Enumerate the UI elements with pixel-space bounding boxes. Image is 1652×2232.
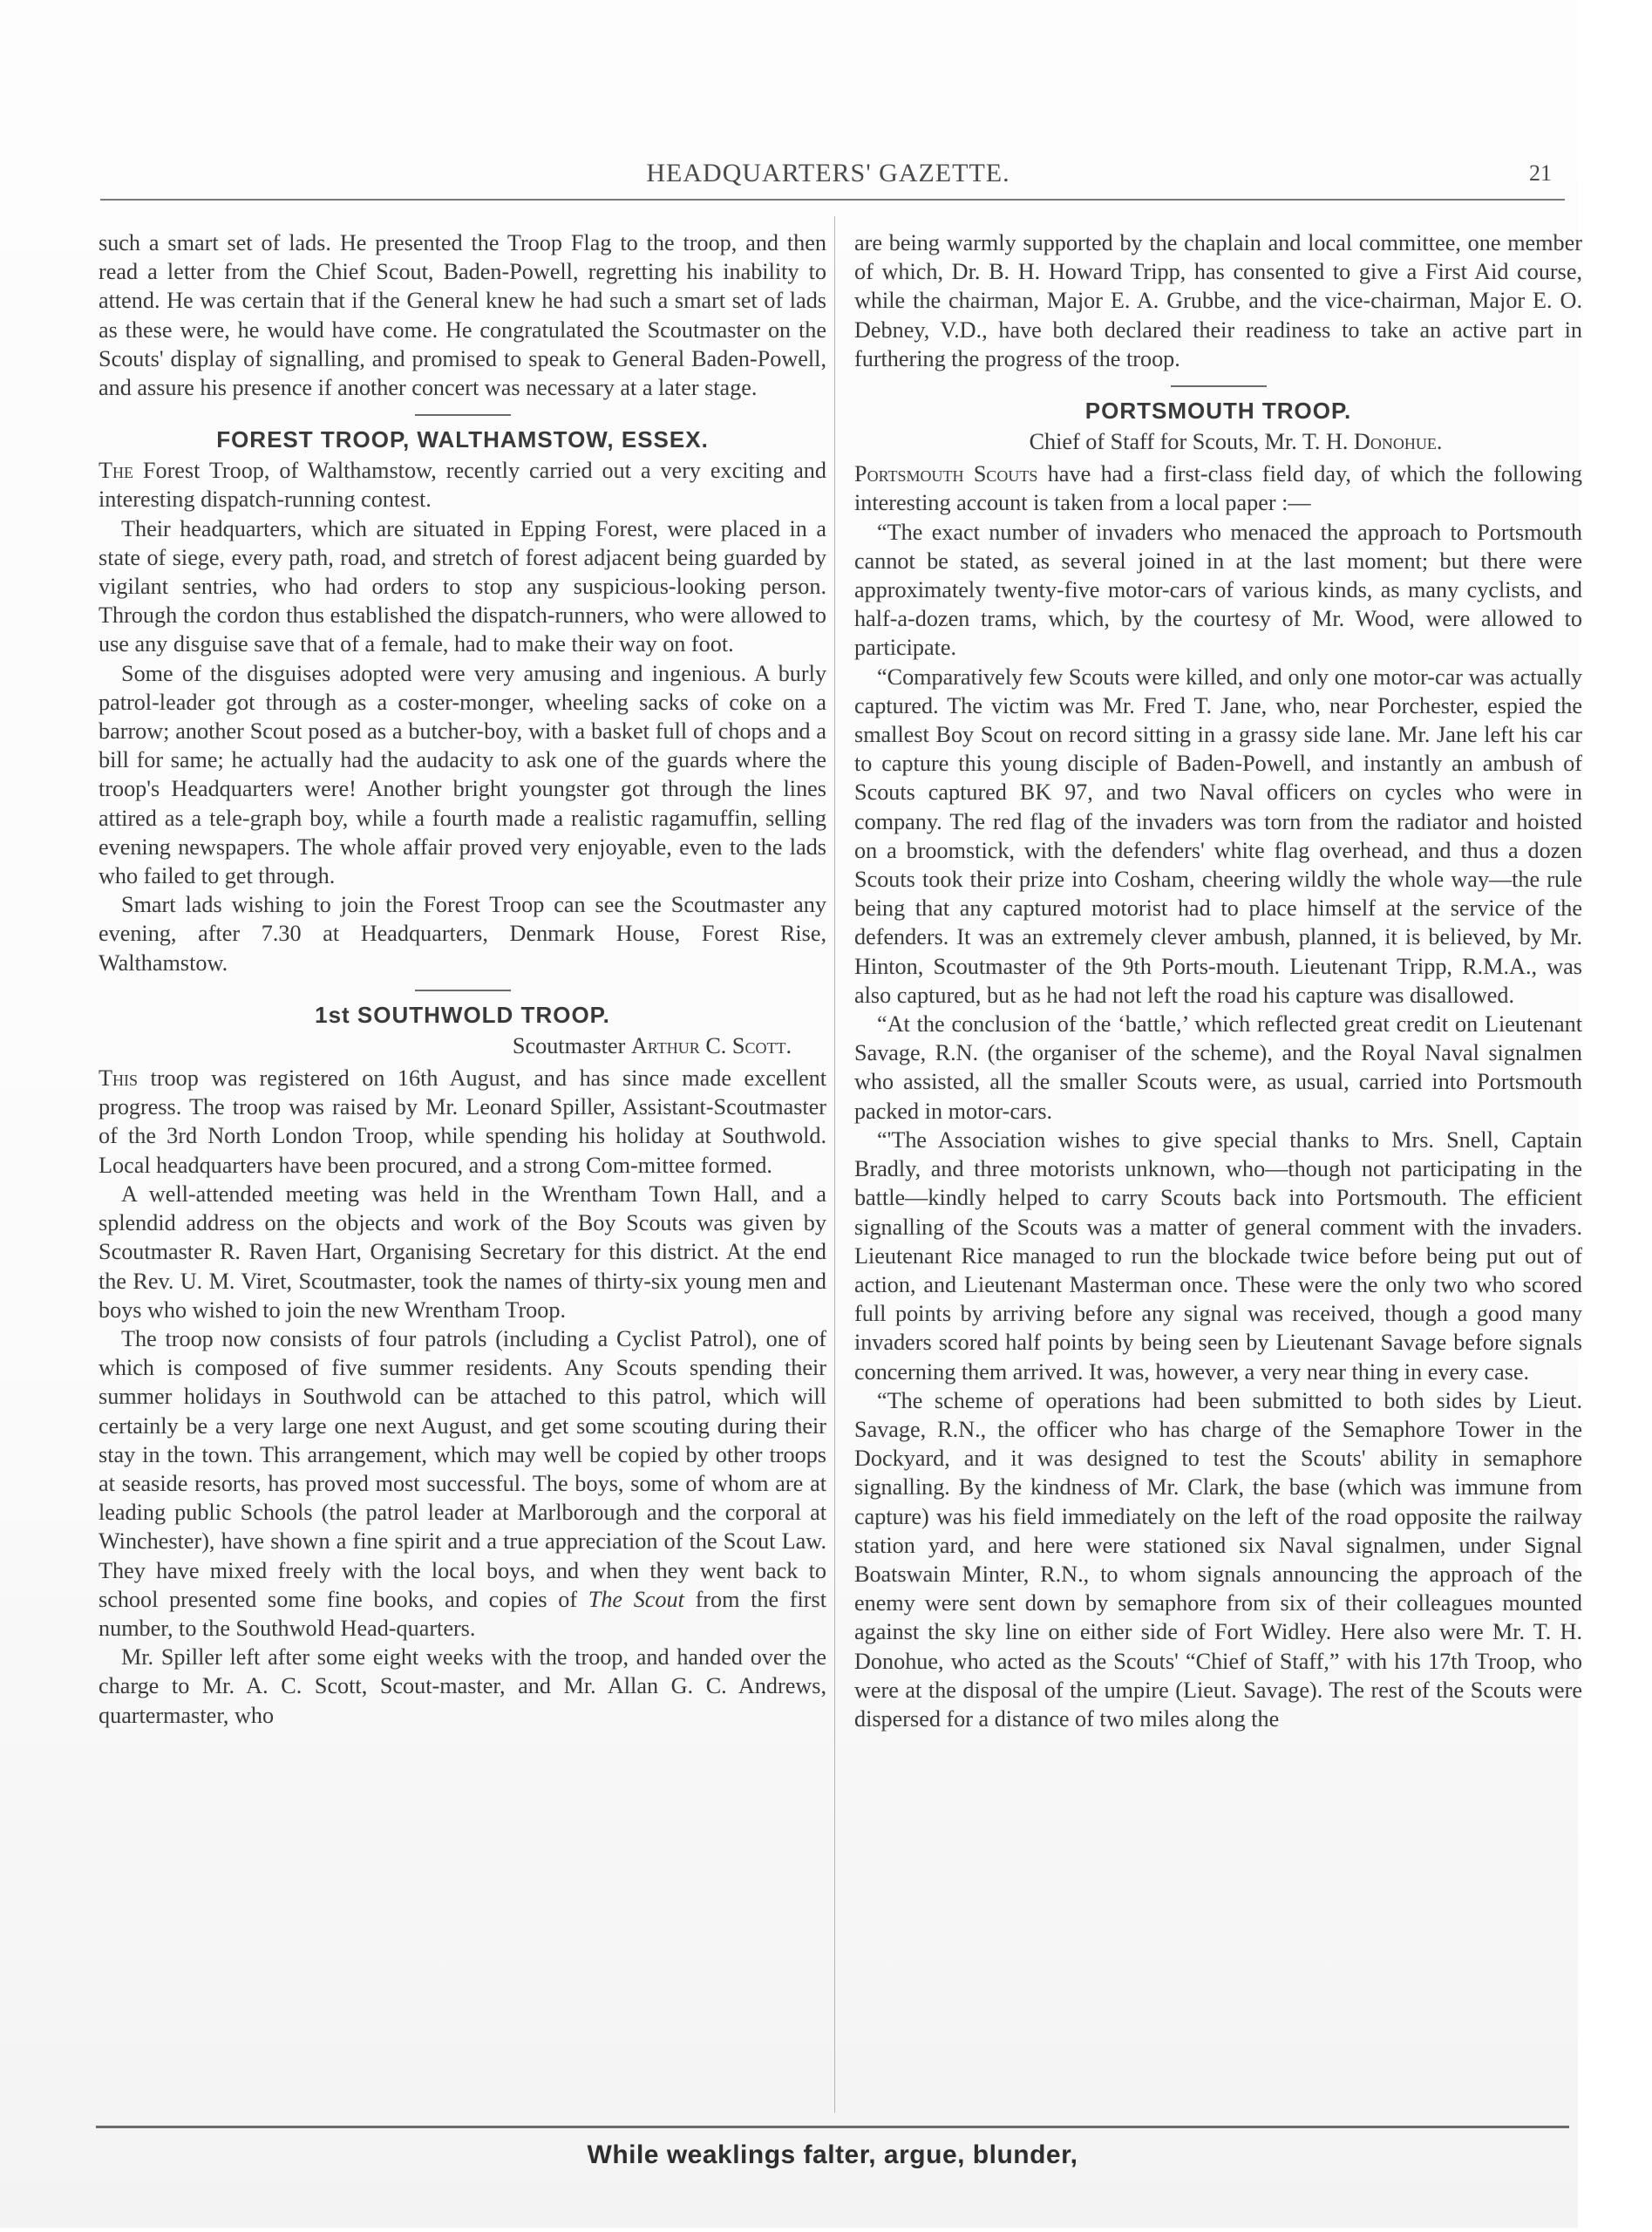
- left-column: such a smart set of lads. He presented t…: [99, 228, 826, 1730]
- article-paragraph: Mr. Spiller left after some eight weeks …: [99, 1643, 826, 1730]
- continued-paragraph: are being warmly supported by the chapla…: [854, 228, 1582, 373]
- running-header: HEADQUARTERS' GAZETTE. 21: [96, 159, 1560, 194]
- publication-name: The Scout: [588, 1587, 684, 1612]
- lead-word: Portsmouth Scouts: [854, 461, 1037, 487]
- article-byline: Chief of Staff for Scouts, Mr. T. H. Don…: [854, 427, 1582, 456]
- article-heading: 1st SOUTHWOLD TROOP.: [99, 1000, 826, 1030]
- section-separator: [415, 414, 511, 416]
- article-forest-troop: FOREST TROOP, WALTHAMSTOW, ESSEX. The Fo…: [99, 425, 826, 977]
- continued-paragraph: such a smart set of lads. He presented t…: [99, 228, 826, 402]
- lead-word: The: [99, 458, 133, 483]
- lead-word: This: [99, 1065, 138, 1091]
- page-number: 21: [1529, 160, 1552, 187]
- article-paragraph: “At the conclusion of the ‘battle,’ whic…: [854, 1010, 1582, 1126]
- footer-slogan: While weaklings falter, argue, blunder,: [96, 2140, 1569, 2170]
- article-paragraph: This troop was registered on 16th August…: [99, 1064, 826, 1180]
- article-byline: Scoutmaster Arthur C. Scott.: [99, 1031, 826, 1060]
- gazette-page: HEADQUARTERS' GAZETTE. 21 such a smart s…: [0, 0, 1578, 2228]
- article-southwold-troop: 1st SOUTHWOLD TROOP. Scoutmaster Arthur …: [99, 1000, 826, 1730]
- article-paragraph: “'The Association wishes to give special…: [854, 1126, 1582, 1386]
- article-paragraph: The Forest Troop, of Walthamstow, recent…: [99, 456, 826, 514]
- article-heading: PORTSMOUTH TROOP.: [854, 396, 1582, 425]
- article-paragraph: The troop now consists of four patrols (…: [99, 1324, 826, 1643]
- footer-rule: [96, 2126, 1569, 2128]
- article-paragraph: Some of the disguises adopted were very …: [99, 659, 826, 891]
- right-column: are being warmly supported by the chapla…: [854, 228, 1582, 1733]
- article-paragraph: Their headquarters, which are situated i…: [99, 514, 826, 659]
- article-paragraph: Smart lads wishing to join the Forest Tr…: [99, 890, 826, 977]
- article-paragraph: Portsmouth Scouts have had a first-class…: [854, 459, 1582, 517]
- article-portsmouth-troop: PORTSMOUTH TROOP. Chief of Staff for Sco…: [854, 396, 1582, 1733]
- article-heading: FOREST TROOP, WALTHAMSTOW, ESSEX.: [99, 425, 826, 454]
- section-separator: [1171, 385, 1267, 387]
- header-rule: [100, 199, 1565, 201]
- column-divider: [834, 216, 835, 2113]
- publication-title: HEADQUARTERS' GAZETTE.: [96, 159, 1560, 188]
- article-paragraph: “Comparatively few Scouts were killed, a…: [854, 663, 1582, 1010]
- section-separator: [415, 990, 511, 991]
- article-paragraph: “The exact number of invaders who menace…: [854, 518, 1582, 663]
- article-paragraph: A well-attended meeting was held in the …: [99, 1180, 826, 1324]
- article-paragraph: “The scheme of operations had been submi…: [854, 1386, 1582, 1733]
